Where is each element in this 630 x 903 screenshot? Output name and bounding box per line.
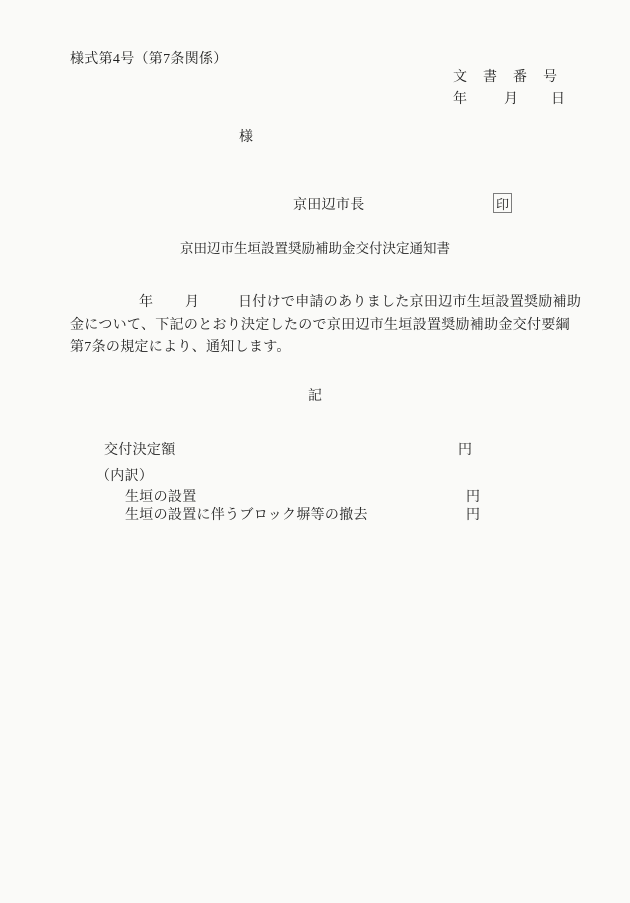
breakdown-item-wall-removal-unit: 円 [466,508,480,523]
document-page: 様式第4号（第7条関係） 文書番号 年 月 日 様 京田辺市長 印 京田辺市生垣… [0,0,630,903]
date-month-label: 月 [504,92,518,107]
date-year-label: 年 [453,92,467,107]
breakdown-item-hedge-unit: 円 [466,490,480,505]
breakdown-item-wall-removal-label: 生垣の設置に伴うブロック塀等の撤去 [125,508,368,523]
addressee-suffix: 様 [239,130,253,145]
body-line3-text: 第7条の規定により、通知します。 [70,340,291,355]
date-day-label: 日 [551,92,565,107]
document-title: 京田辺市生垣設置奨励補助金交付決定通知書 [0,241,630,256]
breakdown-item-hedge-label: 生垣の設置 [125,490,197,505]
body-application-year: 年 [139,295,153,310]
breakdown-label: （内訳） [96,469,153,484]
seal-mark: 印 [496,194,509,213]
body-line1-text: 日付けで申請のありました京田辺市生垣設置奨励補助 [238,295,581,310]
body-application-month: 月 [185,295,199,310]
document-number-label: 文書番号 [453,70,573,85]
grant-total-label: 交付決定額 [104,443,176,458]
sender-title: 京田辺市長 [293,198,365,213]
body-line2-text: 金について、下記のとおり決定したので京田辺市生垣設置奨励補助金交付要綱 [70,318,570,333]
form-number-label: 様式第4号（第7条関係） [70,52,228,67]
grant-total-unit: 円 [458,443,472,458]
note-marker: 記 [0,389,630,404]
seal-stamp-box: 印 [493,193,512,213]
